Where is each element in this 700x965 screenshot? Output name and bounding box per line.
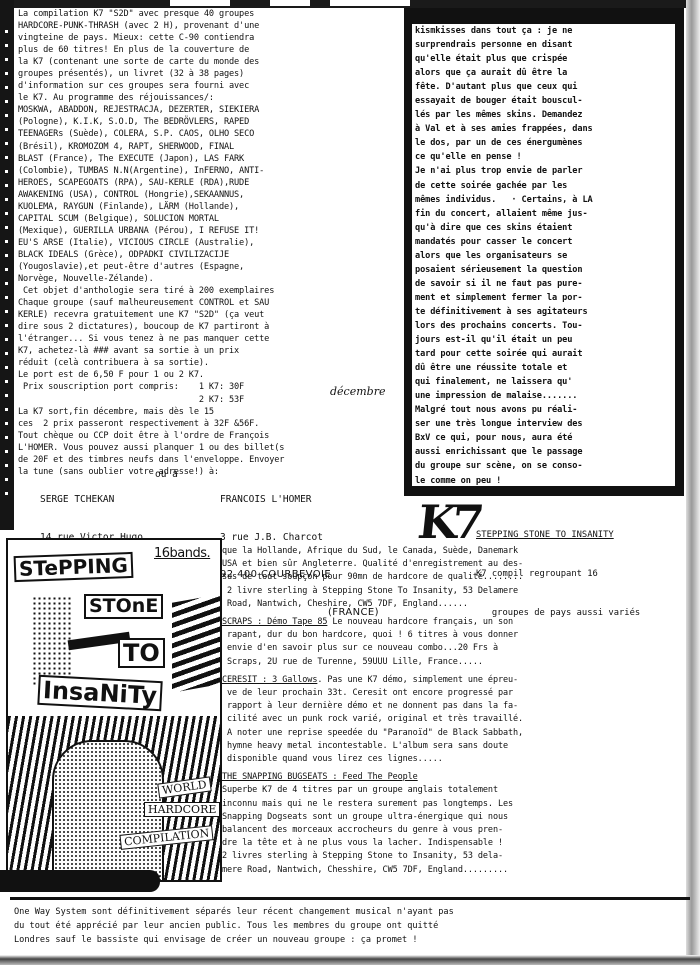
k7-reviews: que la Hollande, Afrique du Sud, le Cana… (222, 545, 692, 877)
text-line: qui finalement, ne laissera qu' (415, 375, 675, 389)
text-line: hymne heavy metal incontestable. L'album… (222, 740, 692, 753)
text-line: ve de leur prochain 33t. Ceresit ont enc… (222, 687, 692, 700)
text-line: le comme on peu ! (415, 474, 675, 488)
text-line: BLAST (France), The EXECUTE (Japon), LAS… (18, 153, 410, 165)
text-line: 2 livres sterling à Stepping Stone to In… (222, 850, 692, 863)
text-line: A noter une reprise speedée du "Paranoïd… (222, 727, 692, 740)
text-line: rapport à leur dernière démo et ne donne… (222, 700, 692, 713)
text-line: le K7. Au programme des réjouissances/: (18, 92, 410, 104)
text-line: BLACK IDEALS (Grèce), ODPADKI CIVILIZACI… (18, 249, 410, 261)
text-line: surprendrais personne en disant (415, 38, 675, 52)
text-line: Le port est de 6,50 F pour 1 ou 2 K7. (18, 369, 410, 381)
text-line: sus de tout soupçon pour 90mn de hardcor… (222, 571, 692, 584)
text-line: mandatés pour casser le concert (415, 235, 675, 249)
text-line: dire sous 2 dictatures), boucoup de K7 p… (18, 321, 410, 333)
text-line: (Colombie), TUMBAS N.N(Argentine), InFER… (18, 165, 410, 177)
text-line: Malgré tout nous avons pu réali- (415, 403, 675, 417)
page-bottom-edge (0, 955, 700, 965)
text-line: Norvège, Nouvelle-Zélande). (18, 273, 410, 285)
cover-tag: HARDCORE (144, 802, 220, 817)
page-top-edge (0, 0, 700, 8)
concert-report-box: kismkisses dans tout ça : je nesurprendr… (404, 8, 684, 496)
concert-report-text: kismkisses dans tout ça : je nesurprendr… (412, 24, 675, 486)
review-title: CERESIT : 3 Gallows (222, 675, 317, 685)
text-line: inconnu mais qui ne le restera surement … (222, 798, 692, 811)
address-name: FRANCOIS L'HOMER (220, 494, 379, 507)
text-line: (Pologne), K.I.K, S.O.D, The BEDRÖVLERS,… (18, 116, 410, 128)
text-line: ce qu'elle en pense ! (415, 150, 675, 164)
text-line: jours est-il qu'il était un peu (415, 333, 675, 347)
cover-word: InsaNiTy (37, 675, 162, 712)
text-line: (Mexique), GUERILLA URBANA (Pérou), I RE… (18, 225, 410, 237)
text-line: BxV ce qui, pour nous, aura été (415, 431, 675, 445)
text-line: plus de 60 titres! En plus de la couvert… (18, 44, 410, 56)
text-line: alors que ça aurait dû être la (415, 66, 675, 80)
s2d-compilation-article: La compilation K7 "S2D" avec presque 40 … (18, 8, 410, 478)
gunman-illustration (32, 596, 72, 686)
text-line: dre la tête et à ne plus vous la lacher.… (222, 837, 692, 850)
review-item: THE SNAPPING BUGSEATS : Feed The PeopleS… (222, 771, 692, 877)
text-line: lors des prochains concerts. Tou- (415, 319, 675, 333)
text-line: La compilation K7 "S2D" avec presque 40 … (18, 8, 410, 20)
text-line: d'information sur ces groupes sera fourn… (18, 80, 410, 92)
text-line: MOSKWA, ABADDON, REJESTRACJA, DEZERTER, … (18, 104, 410, 116)
scan-artifact (270, 0, 310, 6)
text-line: envie d'en savoir plus sur ce nouveau co… (222, 642, 692, 655)
text-line: rapant, dur du bon hardcore, quoi ! 6 ti… (222, 629, 692, 642)
text-line: vingteine de pays. Mieux: cette C-90 con… (18, 32, 410, 44)
text-line: qu'elle était plus que crispée (415, 52, 675, 66)
text-line: KERLE) recevra gratuitement une K7 "S2D"… (18, 309, 410, 321)
text-line: . Pas une K7 démo, simplement une épreu- (317, 675, 518, 685)
text-line: essayait de bouger était bouscul- (415, 94, 675, 108)
text-line: TEENAGERs (Suède), COLERA, S.P. CAOS, OL… (18, 128, 410, 140)
text-line: CAPITAL SCUM (Belgique), SOLUCION MORTAL (18, 213, 410, 225)
text-line: Snapping Dogseats sont un groupe ultra-é… (222, 811, 692, 824)
text-line: disponible quand vous lirez ces lignes..… (222, 753, 692, 766)
text-line: du tout été apprécié par leur ancien pub… (14, 919, 454, 933)
text-line: cilité avec un punk rock varié, original… (222, 713, 692, 726)
text-line: KUOLEMA, RAYGUN (Finlande), LÄRM (Hollan… (18, 201, 410, 213)
text-line: USA et bien sûr Angleterre. Qualité d'en… (222, 558, 692, 571)
band-count-note: 16bands. (154, 546, 210, 561)
review-title: SCRAPS : Démo Tape 85 (222, 617, 327, 627)
text-line: qu'à dire que ces skins étaient (415, 221, 675, 235)
cover-word: STOnE (84, 594, 163, 619)
text-line: HARDCORE-PUNK-THRASH (avec 2 H), provena… (18, 20, 410, 32)
text-line: du groupe sur scène, on se conso- (415, 459, 675, 473)
text-line: réduit (celà contribuera à sa sortie). (18, 357, 410, 369)
text-line: de savoir si il ne faut pas pure- (415, 277, 675, 291)
text-line: ser une très longue interview des (415, 417, 675, 431)
review-item: CERESIT : 3 Gallows. Pas une K7 démo, si… (222, 674, 692, 766)
cover-word: STePPING (14, 552, 134, 582)
text-line: posaient sérieusement la question (415, 263, 675, 277)
text-line: aussi enrichissant que le passage (415, 445, 675, 459)
text-line: (Yougoslavie),et peut-être d'autres (Esp… (18, 261, 410, 273)
text-line: Londres sauf le bassiste qui envisage de… (14, 933, 454, 947)
text-line: ces 2 prix passeront respectivement à 32… (18, 418, 410, 430)
text-line: Road, Nantwich, Cheshire, CW5 7DF, Engla… (222, 598, 692, 611)
review-title: THE SNAPPING BUGSEATS : Feed The People (222, 772, 418, 782)
text-line: à Val et à ses amies frappées, dans (415, 122, 675, 136)
text-line: la K7 (contenant une sorte de carte du m… (18, 56, 410, 68)
text-line: que la Hollande, Afrique du Sud, le Cana… (222, 545, 692, 558)
text-line: Cet objet d'anthologie sera tiré à 200 e… (18, 285, 410, 297)
one-way-system-news: One Way System sont définitivement sépar… (14, 905, 454, 948)
text-line: AWAKENING (USA), CONTROL (Hongrie),SEKAA… (18, 189, 410, 201)
text-line: le dos, par un de ces énergumènes (415, 136, 675, 150)
scan-artifact (170, 0, 230, 6)
text-line: Scraps, 2U rue de Turenne, 59UUU Lille, … (222, 656, 692, 669)
k7-logo: K7 (416, 499, 481, 545)
text-line: Tout chèque ou CCP doit être à l'ordre d… (18, 430, 410, 442)
cover-word: TO (118, 638, 165, 668)
text-line: de cette soirée gachée par les (415, 179, 675, 193)
text-line: La K7 sort,fin décembre, mais dès le 15 (18, 406, 410, 418)
address-street: 3 rue J.B. Charcot (220, 532, 379, 545)
text-line: une impression de malaise....... (415, 389, 675, 403)
text-line: balancent des morceaux accrocheurs du ge… (222, 824, 692, 837)
text-line: Chaque groupe (sauf malheureusement CONT… (18, 297, 410, 309)
stepping-stone-cover-image: 16bands. STePPING STOnE TO InsaNiTy WORL… (6, 538, 222, 882)
text-line: kismkisses dans tout ça : je ne (415, 24, 675, 38)
text-line: te définitivement à ses agitateurs (415, 305, 675, 319)
text-line: HEROES, SCAPEGOATS (RPA), SAU-KERLE (RDA… (18, 177, 410, 189)
address-separator: ou à (155, 469, 178, 482)
text-line: L'HOMER. Vous pouvez aussi planquer 1 ou… (18, 442, 410, 454)
text-line: (Brésil), KROMOZOM 4, RAPT, SHERWOOD, FI… (18, 141, 410, 153)
left-binding-edge (0, 0, 14, 530)
text-line: ment et simplement fermer la por- (415, 291, 675, 305)
text-line: fin du concert, allaient même jus- (415, 207, 675, 221)
handwritten-note: décembre (330, 385, 385, 398)
text-line: Le nouveau hardcore français, un son (327, 617, 513, 627)
text-line: Je n'ai plus trop envie de parler (415, 164, 675, 178)
ink-smudge (0, 870, 160, 892)
text-line: lés par les mêmes skins. Demandez (415, 108, 675, 122)
text-line: Superbe K7 de 4 titres par un groupe ang… (222, 784, 692, 797)
text-line: dû être une réussite totale et (415, 361, 675, 375)
text-line: mêmes individus. · Certains, à LA (415, 193, 675, 207)
text-line: tard pour cette soirée qui aurait (415, 347, 675, 361)
section-divider (10, 897, 690, 900)
text-line: One Way System sont définitivement sépar… (14, 905, 454, 919)
flag-illustration (172, 593, 222, 693)
text-line: l'étranger... Si vous tenez à ne pas man… (18, 333, 410, 345)
text-line: fête. D'autant plus que ceux qui (415, 80, 675, 94)
text-line: mere Road, Nantwich, Chesshire, CW5 7DF,… (222, 864, 692, 877)
review-item: SCRAPS : Démo Tape 85 Le nouveau hardcor… (222, 616, 692, 669)
review-title: STEPPING STONE TO INSANITY (476, 529, 640, 542)
address-name: SERGE TCHEKAN (40, 494, 157, 507)
text-line: alors que les organisateurs se (415, 249, 675, 263)
scan-artifact (330, 0, 410, 6)
text-line: EU'S ARSE (Italie), VICIOUS CIRCLE (Aust… (18, 237, 410, 249)
text-line: de 20F et des timbres neufs dans l'envel… (18, 454, 410, 466)
text-line: K7, achetez-là ### avant sa sortie à un … (18, 345, 410, 357)
text-line: 2 livre sterling à Stepping Stone To Ins… (222, 585, 692, 598)
text-line: groupes présentés), un livret (32 à 38 p… (18, 68, 410, 80)
